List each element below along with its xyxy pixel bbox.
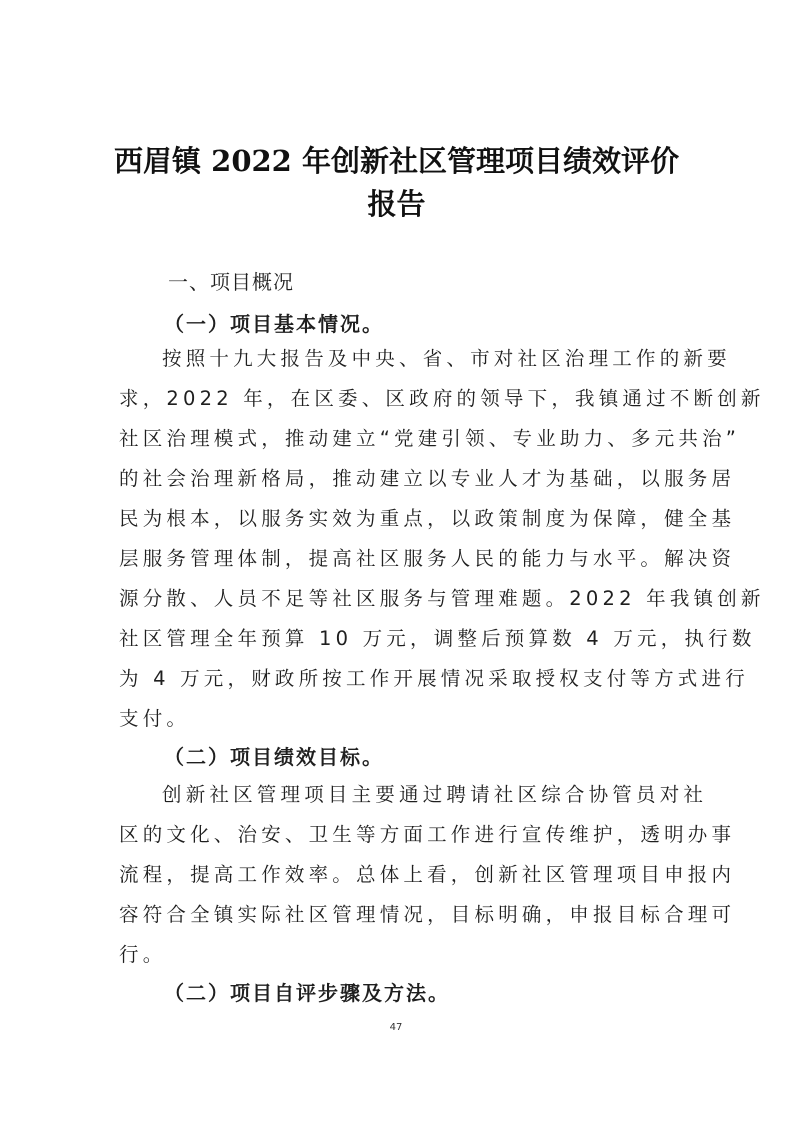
subsection-heading-performance-goals: （二）项目绩效目标。 xyxy=(164,745,384,769)
paragraph-line: 容符合全镇实际社区管理情况，目标明确，申报目标合理可 xyxy=(119,903,679,927)
paragraph-line: 民为根本，以服务实效为重点，以政策制度为保障，健全基 xyxy=(119,507,679,531)
subsection-heading-self-evaluation: （二）项目自评步骤及方法。 xyxy=(164,981,450,1005)
paragraph-line: 社区管理全年预算 10 万元，调整后预算数 4 万元，执行数 xyxy=(119,627,679,651)
paragraph-line: 为 4 万元，财政所按工作开展情况采取授权支付等方式进行 xyxy=(119,667,679,691)
paragraph-line: 求，2022 年，在区委、区政府的领导下，我镇通过不断创新 xyxy=(119,387,679,411)
paragraph-line: 区的文化、治安、卫生等方面工作进行宣传维护，透明办事 xyxy=(119,823,679,847)
paragraph-line: 的社会治理新格局，推动建立以专业人才为基础，以服务居 xyxy=(119,467,679,491)
title-line-1: 西眉镇 2022 年创新社区管理项目绩效评价 xyxy=(100,140,693,183)
document-title: 西眉镇 2022 年创新社区管理项目绩效评价 报告 xyxy=(100,140,693,226)
paragraph-line: 社区治理模式，推动建立“党建引领、专业助力、多元共治” xyxy=(119,427,679,451)
paragraph-line: 层服务管理体制，提高社区服务人民的能力与水平。解决资 xyxy=(119,547,679,571)
paragraph-line: 创新社区管理项目主要通过聘请社区综合协管员对社 xyxy=(162,783,722,807)
subsection-heading-basic-info: （一）项目基本情况。 xyxy=(164,312,384,336)
paragraph-line: 支付。 xyxy=(119,707,679,731)
paragraph-line: 流程，提高工作效率。总体上看，创新社区管理项目申报内 xyxy=(119,863,679,887)
paragraph-line: 源分散、人员不足等社区服务与管理难题。2022 年我镇创新 xyxy=(119,587,679,611)
paragraph-line: 行。 xyxy=(119,943,679,967)
document-page: 西眉镇 2022 年创新社区管理项目绩效评价 报告 一、项目概况 （一）项目基本… xyxy=(0,0,793,1122)
section-heading-overview: 一、项目概况 xyxy=(168,270,294,294)
page-number: 47 xyxy=(386,1022,406,1033)
paragraph-line: 按照十九大报告及中央、省、市对社区治理工作的新要 xyxy=(162,347,722,371)
title-line-2: 报告 xyxy=(100,183,693,226)
